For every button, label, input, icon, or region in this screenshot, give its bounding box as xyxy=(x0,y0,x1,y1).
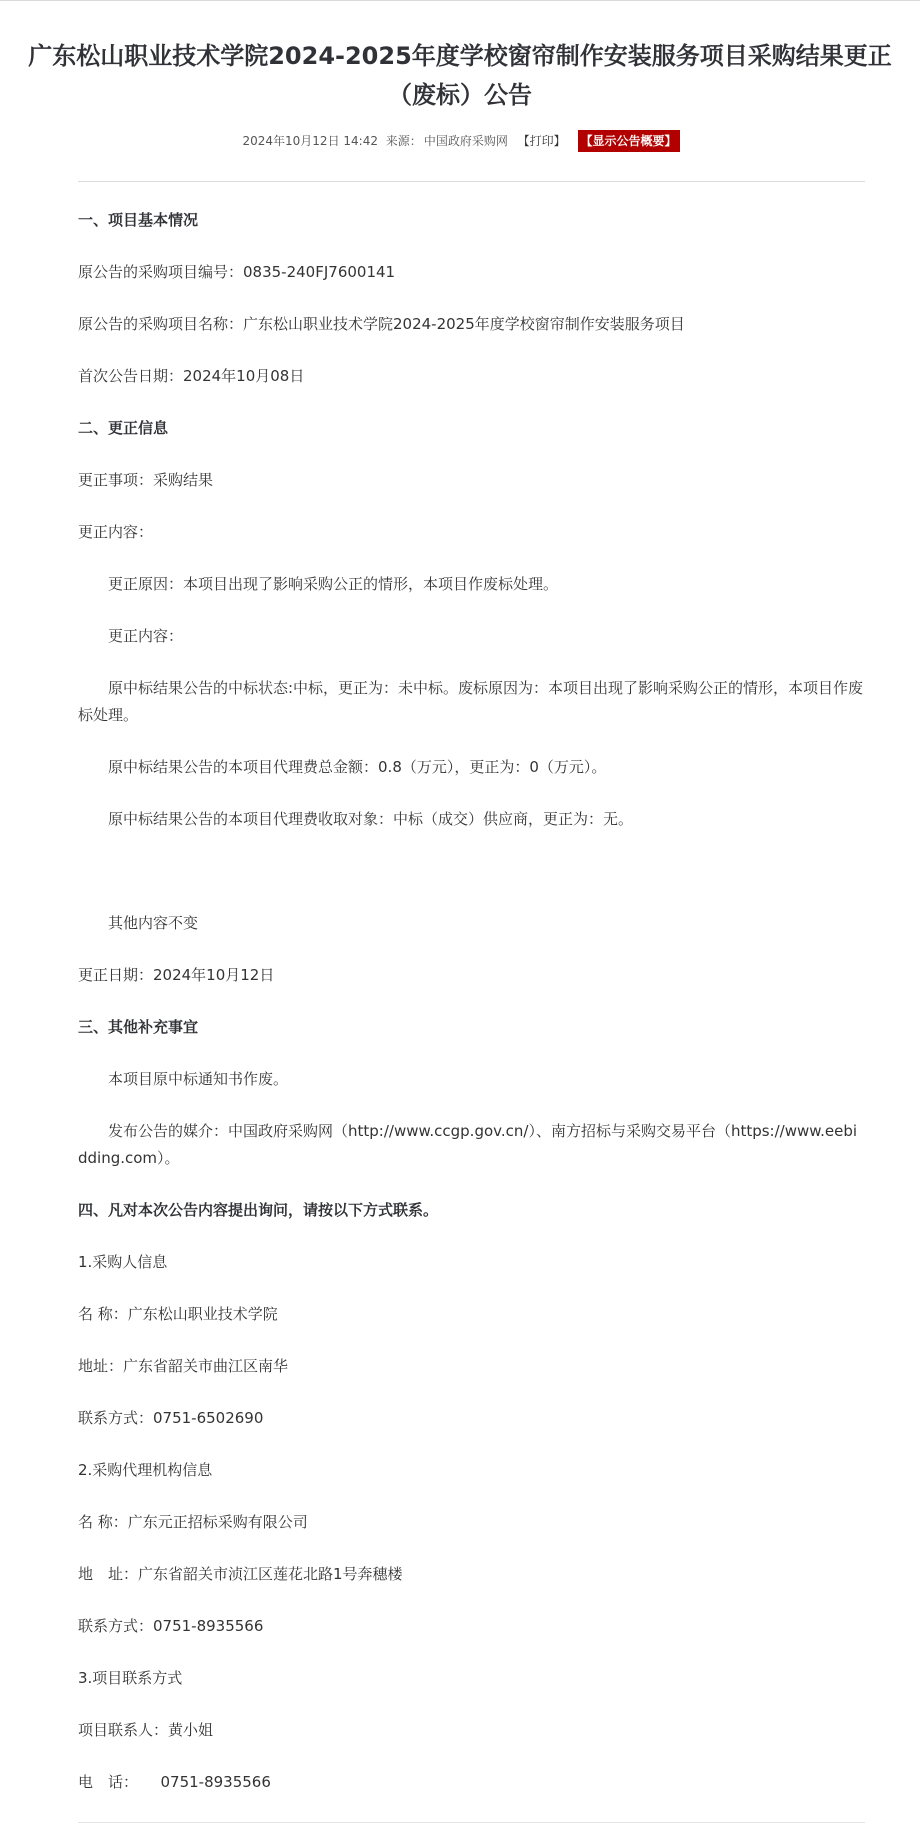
paragraph: 发布公告的媒介：中国政府采购网（http://www.ccgp.gov.cn/）… xyxy=(78,1118,865,1172)
paragraph: 3.项目联系方式 xyxy=(78,1665,865,1692)
paragraph xyxy=(78,858,865,885)
source-name: 中国政府采购网 xyxy=(424,134,508,148)
paragraph: 1.采购人信息 xyxy=(78,1249,865,1276)
paragraph: 原中标结果公告的本项目代理费总金额：0.8（万元），更正为：0（万元）。 xyxy=(78,754,865,781)
source-label: 来源： xyxy=(386,134,422,148)
paragraph: 2.采购代理机构信息 xyxy=(78,1457,865,1484)
paragraph: 更正事项：采购结果 xyxy=(78,467,865,494)
paragraph: 项目联系人：黄小姐 xyxy=(78,1717,865,1744)
paragraph: 本项目原中标通知书作废。 xyxy=(78,1066,865,1093)
section-heading: 四、凡对本次公告内容提出询问，请按以下方式联系。 xyxy=(78,1197,865,1224)
paragraph: 原公告的采购项目编号：0835-240FJ7600141 xyxy=(78,259,865,286)
paragraph: 名 称：广东松山职业技术学院 xyxy=(78,1301,865,1328)
section-heading: 二、更正信息 xyxy=(78,415,865,442)
paragraph: 电 话： 0751-8935566 xyxy=(78,1769,865,1796)
page-title-line2: （废标）公告 xyxy=(388,81,532,109)
paragraph: 更正日期：2024年10月12日 xyxy=(78,962,865,989)
paragraph: 其他内容不变 xyxy=(78,910,865,937)
page-title: 广东松山职业技术学院2024-2025年度学校窗帘制作安装服务项目采购结果更正 … xyxy=(0,1,920,115)
announcement-body: 一、项目基本情况原公告的采购项目编号：0835-240FJ7600141原公告的… xyxy=(78,207,865,1823)
top-divider xyxy=(78,181,865,182)
section-heading: 一、项目基本情况 xyxy=(78,207,865,234)
paragraph: 原中标结果公告的本项目代理费收取对象：中标（成交）供应商，更正为：无。 xyxy=(78,806,865,833)
paragraph: 地址：广东省韶关市曲江区南华 xyxy=(78,1353,865,1380)
paragraph: 更正内容： xyxy=(78,623,865,650)
content-area: 一、项目基本情况原公告的采购项目编号：0835-240FJ7600141原公告的… xyxy=(78,181,865,1823)
paragraph: 联系方式：0751-6502690 xyxy=(78,1405,865,1432)
paragraph: 更正原因：本项目出现了影响采购公正的情形，本项目作废标处理。 xyxy=(78,571,865,598)
section-heading: 三、其他补充事宜 xyxy=(78,1014,865,1041)
meta-line: 2024年10月12日 14:42 来源：中国政府采购网 【打印】 【显示公告概… xyxy=(0,130,920,152)
paragraph: 名 称：广东元正招标采购有限公司 xyxy=(78,1509,865,1536)
show-summary-button[interactable]: 【显示公告概要】 xyxy=(578,130,680,152)
paragraph: 原中标结果公告的中标状态:中标，更正为：未中标。废标原因为：本项目出现了影响采购… xyxy=(78,675,865,729)
page-title-line1: 广东松山职业技术学院2024-2025年度学校窗帘制作安装服务项目采购结果更正 xyxy=(28,42,892,70)
announcement-page: 广东松山职业技术学院2024-2025年度学校窗帘制作安装服务项目采购结果更正 … xyxy=(0,1,920,1823)
paragraph: 原公告的采购项目名称：广东松山职业技术学院2024-2025年度学校窗帘制作安装… xyxy=(78,311,865,338)
publish-datetime: 2024年10月12日 14:42 xyxy=(242,134,377,148)
paragraph: 首次公告日期：2024年10月08日 xyxy=(78,363,865,390)
paragraph: 更正内容： xyxy=(78,519,865,546)
print-button[interactable]: 【打印】 xyxy=(518,134,566,148)
paragraph: 地 址：广东省韶关市浈江区莲花北路1号奔穗楼 xyxy=(78,1561,865,1588)
paragraph: 联系方式：0751-8935566 xyxy=(78,1613,865,1640)
